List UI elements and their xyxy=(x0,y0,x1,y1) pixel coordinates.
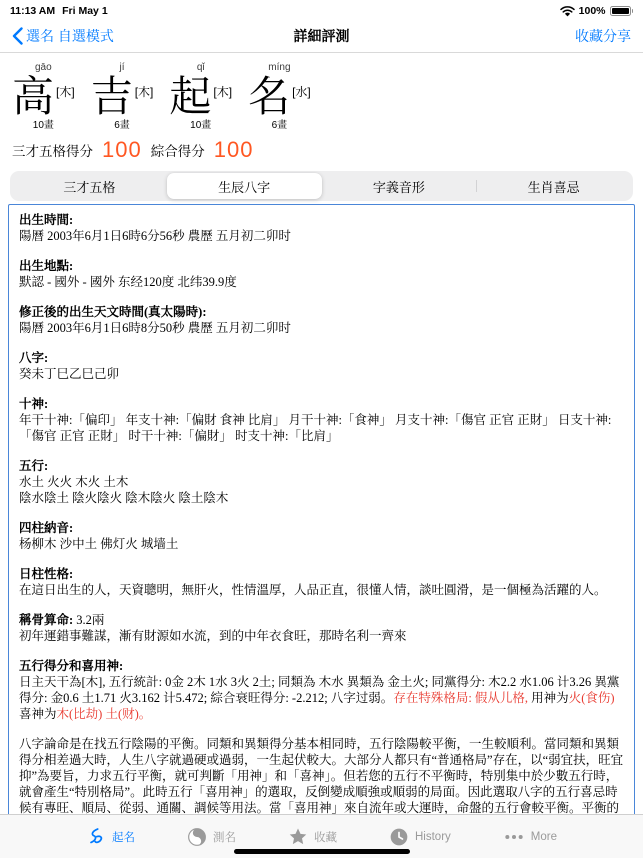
tab-label: History xyxy=(415,831,451,843)
section-heading: 修正後的出生天文時間(真太陽時): xyxy=(19,304,624,320)
section-ten-gods: 十神: 年干十神:「偏印」 年支十神:「偏財 食神 比肩」 月干十神:「食神」 … xyxy=(19,396,624,444)
navigation-bar: 選名 自選模式 詳細評測 收藏分享 xyxy=(0,20,643,53)
favorite-share-button[interactable]: 收藏分享 xyxy=(575,26,631,46)
back-button[interactable]: 選名 自選模式 xyxy=(12,26,114,46)
tab-more[interactable]: More xyxy=(503,827,557,847)
stroke-count: 6畫 xyxy=(91,120,154,132)
element-tag: [木] xyxy=(213,83,232,100)
tab-ziyi-yinxing[interactable]: 字義音形 xyxy=(322,173,477,199)
yinyang-icon xyxy=(187,827,207,847)
section-nayin: 四柱納音: 杨柳木 沙中土 佛灯火 城墙土 xyxy=(19,520,624,552)
tab-label: 收藏 xyxy=(314,829,337,845)
name-character: 高 xyxy=(12,74,54,120)
section-text: 癸未丁巳乙巳己卯 xyxy=(19,366,624,382)
overall-score-label: 綜合得分 xyxy=(151,140,205,160)
name-char-block: qǐ 起 [木] 10畫 xyxy=(169,61,232,132)
section-bone-weight: 稱骨算命: 3.2兩 初年運錯事難謀，漸有財源如水流，到的中年衣食旺，那時名利一… xyxy=(19,612,624,644)
section-heading: 出生時間: xyxy=(19,212,624,228)
name-char-block: jí 吉 [木] 6畫 xyxy=(91,61,154,132)
section-text: 默認 - 國外 - 國外 东经120度 北纬39.9度 xyxy=(19,274,624,290)
section-heading: 稱骨算命: xyxy=(19,613,73,627)
tab-shengchen-bazi[interactable]: 生辰八字 xyxy=(167,173,322,199)
xishen-value: 木(比劫) 土(财)。 xyxy=(57,707,152,721)
section-heading: 五行得分和喜用神: xyxy=(19,658,624,674)
section-day-pillar-personality: 日柱性格: 在這日出生的人，天資聰明，無肝火，性情溫厚，人品正直，很懂人情，談吐… xyxy=(19,566,624,598)
section-text: 陽曆 2003年6月1日6時6分56秒 農歷 五月初二卯时 xyxy=(19,228,624,244)
section-text: 陰水陰土 陰火陰火 陰木陰火 陰土陰木 xyxy=(19,490,624,506)
section-text: 杨柳木 沙中土 佛灯火 城墙土 xyxy=(19,536,624,552)
tab-label: More xyxy=(531,831,557,843)
battery-icon xyxy=(610,6,631,16)
wifi-icon xyxy=(560,6,575,17)
clock-icon xyxy=(389,827,409,847)
score-row: 三才五格得分 100 綜合得分 100 xyxy=(0,132,643,170)
section-heading: 八字: xyxy=(19,350,624,366)
stroke-count: 10畫 xyxy=(12,120,75,132)
element-tag: [木] xyxy=(56,83,75,100)
overall-score-value: 100 xyxy=(214,137,254,163)
battery-percent: 100% xyxy=(579,5,606,17)
section-five-elements: 五行: 水土 火火 木火 土木 陰水陰土 陰火陰火 陰木陰火 陰土陰木 xyxy=(19,458,624,506)
section-text: 陽曆 2003年6月1日6時8分50秒 農歷 五月初二卯时 xyxy=(19,320,624,336)
section-text: 初年運錯事難謀，漸有財源如水流，到的中年衣食旺，那時名利一齊來 xyxy=(19,628,624,644)
section-birth-time: 出生時間: 陽曆 2003年6月1日6時6分56秒 農歷 五月初二卯时 xyxy=(19,212,624,244)
yongshen-label: 用神为 xyxy=(528,691,569,705)
analysis-tabs: 三才五格 生辰八字 字義音形 生肖喜忌 xyxy=(10,171,633,201)
section-wuxing-score: 五行得分和喜用神: 日主天干為[木], 五行統計: 0金 2木 1水 3火 2土… xyxy=(19,658,624,722)
home-indicator[interactable] xyxy=(234,849,410,854)
name-character: 吉 xyxy=(91,74,133,120)
bazi-analysis-panel: 出生時間: 陽曆 2003年6月1日6時6分56秒 農歷 五月初二卯时 出生地點… xyxy=(8,204,635,824)
stroke-count: 6畫 xyxy=(248,120,311,132)
section-birth-place: 出生地點: 默認 - 國外 - 國外 东经120度 北纬39.9度 xyxy=(19,258,624,290)
name-character: 名 xyxy=(248,74,290,120)
status-bar: 11:13 AM Fri May 1 100% xyxy=(0,0,643,20)
sancai-score-value: 100 xyxy=(102,137,142,163)
section-text: 在這日出生的人，天資聰明，無肝火，性情溫厚，人品正直，很懂人情，談吐圓滑，是一個… xyxy=(19,582,624,598)
section-heading: 五行: xyxy=(19,458,624,474)
section-text: 日主天干為[木], 五行統計: 0金 2木 1水 3火 2土; 同類為 木水 異… xyxy=(19,674,624,722)
name-display: gāo 高 [木] 10畫 jí 吉 [木] 6畫 qǐ 起 [木] 10畫 m… xyxy=(0,53,643,132)
section-heading: 十神: xyxy=(19,396,624,412)
tab-label: 測名 xyxy=(213,829,236,845)
section-corrected-time: 修正後的出生天文時間(真太陽時): 陽曆 2003年6月1日6時8分50秒 農歷… xyxy=(19,304,624,336)
sancai-score-label: 三才五格得分 xyxy=(12,140,93,160)
yongshen-value: 火(食伤) xyxy=(569,691,615,705)
xishen-label: 喜神为 xyxy=(19,707,57,721)
section-bazi-theory: 八字論命是在找五行陰陽的平衡。同類和異類得分基本相同時，五行陰陽較平衡，一生較順… xyxy=(19,736,624,824)
section-heading: 出生地點: xyxy=(19,258,624,274)
section-text: 水土 火火 木火 土木 xyxy=(19,474,624,490)
chevron-left-icon xyxy=(12,27,23,45)
ellipsis-icon xyxy=(503,827,525,847)
tab-ceming[interactable]: 測名 xyxy=(187,827,236,847)
tab-favorites[interactable]: 收藏 xyxy=(288,827,337,847)
status-date: Fri May 1 xyxy=(62,5,108,17)
name-character: 起 xyxy=(169,74,211,120)
tab-qiming[interactable]: 起名 xyxy=(86,827,135,847)
section-heading: 四柱納音: xyxy=(19,520,624,536)
name-char-block: gāo 高 [木] 10畫 xyxy=(12,61,75,132)
stroke-count: 10畫 xyxy=(169,120,232,132)
tab-history[interactable]: History xyxy=(389,827,451,847)
section-bazi: 八字: 癸未丁巳乙巳己卯 xyxy=(19,350,624,382)
back-button-label: 選名 自選模式 xyxy=(26,26,114,46)
element-tag: [水] xyxy=(292,83,311,100)
special-pattern-text: 存在特殊格局: 假从儿格, xyxy=(393,691,528,705)
tab-shengxiao-xiji[interactable]: 生肖喜忌 xyxy=(476,173,631,199)
tab-sancai-wuge[interactable]: 三才五格 xyxy=(12,173,167,199)
name-brush-icon xyxy=(86,827,106,847)
bone-weight-value: 3.2兩 xyxy=(73,613,104,627)
section-heading: 日柱性格: xyxy=(19,566,624,582)
star-icon xyxy=(288,827,308,847)
section-text: 年干十神:「偏印」 年支十神:「偏財 食神 比肩」 月干十神:「食神」 月支十神… xyxy=(19,412,624,444)
bazi-theory-paragraph: 八字論命是在找五行陰陽的平衡。同類和異類得分基本相同時，五行陰陽較平衡，一生較順… xyxy=(19,736,624,824)
name-char-block: míng 名 [水] 6畫 xyxy=(248,61,311,132)
status-time: 11:13 AM xyxy=(10,5,55,17)
element-tag: [木] xyxy=(135,83,154,100)
tab-label: 起名 xyxy=(112,829,135,845)
